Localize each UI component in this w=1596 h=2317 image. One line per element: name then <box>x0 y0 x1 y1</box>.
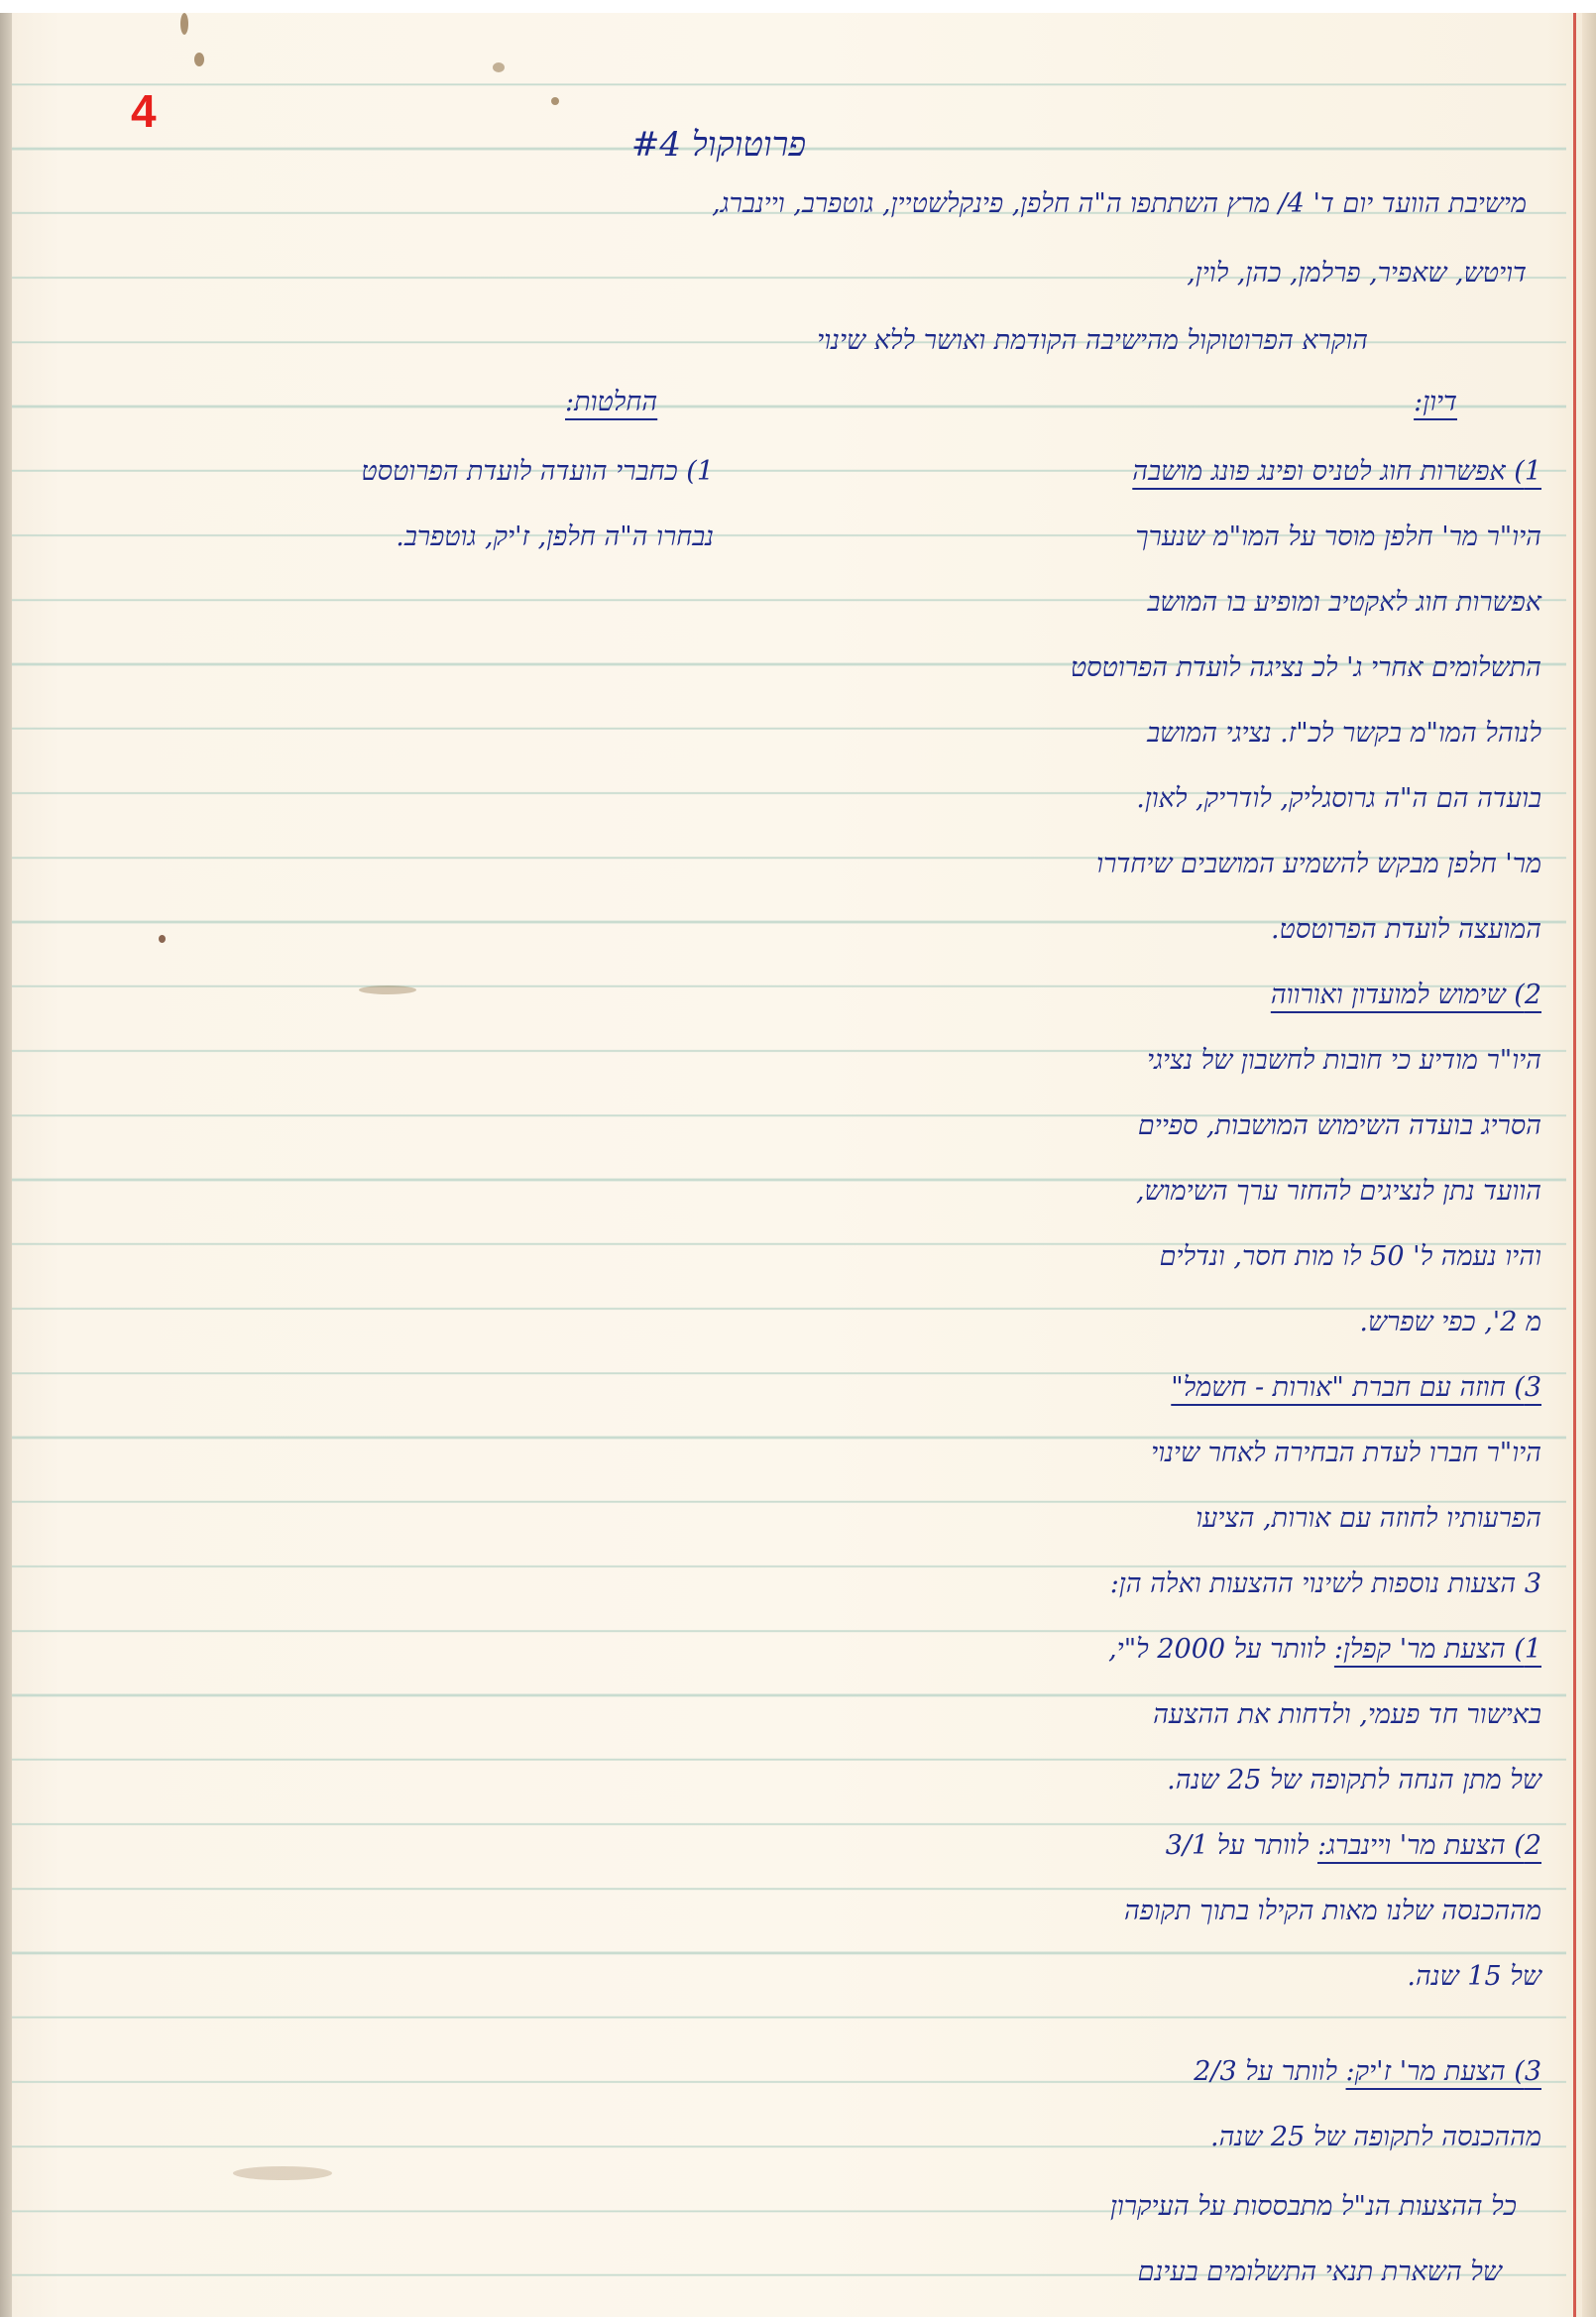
page-right-edge <box>1582 13 1596 2317</box>
stain-mark <box>233 2166 332 2180</box>
proposal-line: של 15 שנה. <box>788 1944 1541 2010</box>
discussion-line: הוועד נתן לנציגים להחזר ערך השימוש, <box>788 1159 1541 1224</box>
proposal-line: באישור חד פעמי, ולדחות את ההצעה <box>788 1682 1541 1748</box>
discussion-line: מ 2', כפי שפרש. <box>788 1290 1541 1355</box>
discussion-line: היו"ר מודיע כי חובות לחשבון של נציגי <box>788 1028 1541 1094</box>
stain-mark <box>493 62 505 72</box>
proposal-text: לוותר על 2000 ל"י, <box>1108 1634 1325 1665</box>
discussion-line: 3 הצעות נוספות לשינוי ההצעות ואלה הן: <box>788 1552 1541 1617</box>
discussion-line: היו"ר חברו לעדת הבחירה לאחר שינוי <box>788 1421 1541 1486</box>
attendance-line: מישיבת הוועד יום ד' 4/ מרץ השתתפו ה"ה חל… <box>89 172 1527 237</box>
discussion-line: אפשרות חוג לאקטיב ומופיע בו המושב <box>788 570 1541 636</box>
proposal-title: 1) הצעת מר' קפלן: <box>1334 1634 1541 1665</box>
proposal-title: 3) הצעת מר' ז'יק: <box>1346 2056 1541 2087</box>
proposal-title: 2) הצעת מר' ויינברג: <box>1317 1830 1541 1861</box>
discussion-line: התשלומים אחרי ג' לכ נציגה לועדת הפרוטסט <box>788 636 1541 701</box>
proposal-line: 2) הצעת מר' ויינברג: לוותר על 3/1 <box>788 1813 1541 1879</box>
discussion-line: המועצה לועדת הפרוטסט. <box>788 897 1541 963</box>
proposal-line: 1) הצעת מר' קפלן: לוותר על 2000 ל"י, <box>788 1617 1541 1682</box>
proposal-line: של מתן הנחה לתקופה של 25 שנה. <box>788 1748 1541 1813</box>
page-number-label: 4 <box>131 88 157 134</box>
stain-mark <box>180 13 188 35</box>
discussion-line: בועדה הם ה"ה גרוסגליק, לודריק, לאון. <box>788 766 1541 832</box>
attendance-line: דויטש, שאפיר, פרלמן, כהן, לוין, <box>89 241 1527 306</box>
discussion-line: לנוהל המו"מ בקשר לכ"ז. נציגי המושב <box>788 701 1541 766</box>
discussion-line: היו"ר מר' חלפן מוסר על המו"מ שנערך <box>788 505 1541 570</box>
closing-line: כל ההצעות הנ"ל מתבססות על העיקרון <box>743 2174 1517 2240</box>
stain-mark <box>359 985 416 994</box>
discussion-line: והיו נעמה ל' 50 לו מות חסר, ונדלים <box>788 1224 1541 1290</box>
discussion-line: הפרעותיו לחוזה עם אורות, הציעו <box>788 1486 1541 1552</box>
decision-line: נבחרו ה"ה חלפן, ז'יק, גוטפרב. <box>89 505 714 570</box>
discussion-item-title: 2) שימוש למועדון ואורווה <box>788 963 1541 1028</box>
proposal-line: 3) הצעת מר' ז'יק: לוותר על 2/3 <box>788 2039 1541 2105</box>
discussion-item-title: 1) אפשרות חוג לטניס ופינג פונג מושבה <box>788 439 1541 505</box>
previous-protocol-line: הוקרא הפרוטוקול מהישיבה הקודמת ואושר ללא… <box>817 308 1368 374</box>
discussion-heading: דיון: <box>1414 370 1457 435</box>
discussion-line: הסריג בועדה השימוש המושבות, ספיים <box>788 1094 1541 1159</box>
proposal-line: מההכנסה לתקופה של 25 שנה. <box>788 2105 1541 2170</box>
decisions-heading: החלטות: <box>565 370 657 435</box>
stain-mark <box>194 53 204 66</box>
discussion-item-title: 3) חוזה עם חברת "אורות - חשמל" <box>788 1355 1541 1421</box>
page-left-edge <box>0 13 12 2317</box>
stain-mark <box>551 97 559 105</box>
decision-line: 1) כחברי הועדה לועדת הפרוטסט <box>89 439 714 505</box>
notebook-page: 4 פרוטוקול #4 מישיבת הוועד יום ד' 4/ מרץ… <box>0 13 1596 2317</box>
proposal-text: לוותר על 3/1 <box>1166 1830 1310 1861</box>
discussion-line: מר' חלפן מבקש להשמיע המושבים שיחדרו <box>788 832 1541 897</box>
document-title: פרוטוקול #4 <box>555 112 882 177</box>
red-margin-line <box>1573 13 1576 2317</box>
closing-line: של השארת תנאי התשלומים בעינם <box>729 2240 1502 2305</box>
stain-mark <box>159 935 166 943</box>
proposal-text: לוותר על 2/3 <box>1194 2056 1337 2087</box>
proposal-line: מההכנסה שלנו מאות הקילו בתוך תקופה <box>788 1879 1541 1944</box>
